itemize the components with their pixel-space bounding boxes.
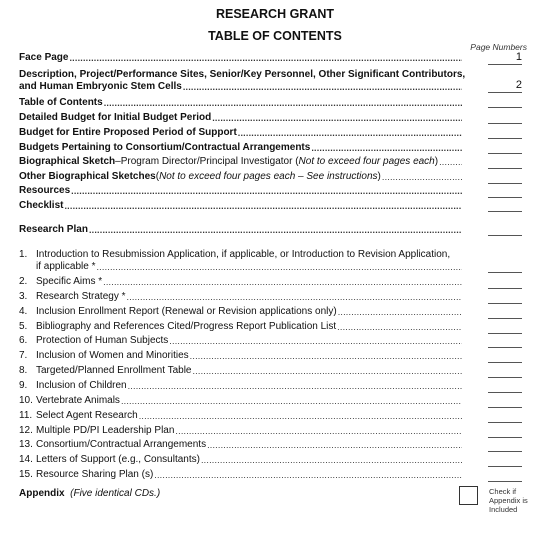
item-number: 13. bbox=[19, 439, 36, 451]
leader-dots bbox=[201, 454, 462, 466]
research-item: 8.Targeted/Planned Enrollment Table bbox=[19, 365, 462, 377]
item-label: Multiple PD/PI Leadership Plan bbox=[36, 425, 174, 437]
page-number-field[interactable] bbox=[488, 140, 522, 154]
page-number-field[interactable] bbox=[488, 320, 522, 334]
research-item: 11.Select Agent Research bbox=[19, 410, 462, 422]
item-label: Inclusion of Women and Minorities bbox=[36, 350, 189, 362]
leader-dots bbox=[104, 97, 462, 109]
leader-dots bbox=[103, 276, 462, 288]
leader-dots bbox=[338, 306, 462, 318]
appendix-row: Appendix (Five identical CDs.) bbox=[19, 488, 160, 499]
leader-dots bbox=[169, 335, 462, 347]
toc-label: Research Plan bbox=[19, 224, 88, 236]
toc-label: Face Page bbox=[19, 52, 68, 64]
page-number-field[interactable] bbox=[488, 170, 522, 184]
toc-label: Budget for Entire Proposed Period of Sup… bbox=[19, 127, 237, 139]
research-item: 5.Bibliography and References Cited/Prog… bbox=[19, 321, 462, 333]
item-number: 10. bbox=[19, 395, 36, 407]
item-number: 7. bbox=[19, 350, 36, 362]
leader-dots bbox=[382, 171, 462, 183]
paren: ) bbox=[378, 171, 381, 183]
page-number-field[interactable] bbox=[488, 453, 522, 467]
page-number-field[interactable] bbox=[488, 110, 522, 124]
leader-dots bbox=[311, 142, 462, 154]
leader-dots bbox=[121, 395, 462, 407]
research-item: 4.Inclusion Enrollment Report (Renewal o… bbox=[19, 306, 462, 318]
leader-dots bbox=[207, 439, 462, 451]
page-subtitle: TABLE OF CONTENTS bbox=[0, 29, 550, 43]
leader-dots bbox=[128, 380, 462, 392]
leader-dots bbox=[64, 200, 462, 212]
item-label: Inclusion Enrollment Report (Renewal or … bbox=[36, 306, 337, 318]
page-number-field[interactable] bbox=[488, 394, 522, 408]
toc-row-table-of-contents: Table of Contents bbox=[19, 97, 462, 109]
item-label: Specific Aims * bbox=[36, 276, 102, 288]
item-number: 1. bbox=[19, 249, 36, 261]
toc-label: Budgets Pertaining to Consortium/Contrac… bbox=[19, 142, 310, 154]
toc-note: Not to exceed four pages each bbox=[299, 156, 435, 168]
research-item: 14.Letters of Support (e.g., Consultants… bbox=[19, 454, 462, 466]
leader-dots bbox=[190, 350, 462, 362]
item-number: 2. bbox=[19, 276, 36, 288]
page-number-field[interactable] bbox=[488, 259, 522, 273]
research-item: 9.Inclusion of Children bbox=[19, 380, 462, 392]
page-number-field[interactable] bbox=[488, 438, 522, 452]
page-number-field[interactable]: 2 bbox=[488, 79, 522, 93]
page-number-field[interactable] bbox=[488, 94, 522, 108]
leader-dots bbox=[154, 469, 462, 481]
appendix-checkbox-label: Check if Appendix is Included bbox=[489, 487, 544, 514]
research-item: 7.Inclusion of Women and Minorities bbox=[19, 350, 462, 362]
research-item: 10.Vertebrate Animals bbox=[19, 395, 462, 407]
research-item: 3.Research Strategy * bbox=[19, 291, 462, 303]
page-number-field[interactable] bbox=[488, 222, 522, 236]
research-item: 2.Specific Aims * bbox=[19, 276, 462, 288]
item-number: 12. bbox=[19, 425, 36, 437]
leader-dots bbox=[212, 112, 462, 124]
leader-dots bbox=[183, 81, 462, 93]
leader-dots bbox=[127, 291, 463, 303]
leader-dots bbox=[89, 224, 462, 236]
research-item: 15.Resource Sharing Plan (s) bbox=[19, 469, 462, 481]
page-number-field[interactable] bbox=[488, 305, 522, 319]
toc-sublabel: Program Director/Principal Investigator … bbox=[121, 156, 299, 168]
page-number-field[interactable] bbox=[488, 379, 522, 393]
item-number: 8. bbox=[19, 365, 36, 377]
leader-dots bbox=[71, 185, 462, 197]
toc-label: Detailed Budget for Initial Budget Perio… bbox=[19, 112, 211, 124]
research-item: 13.Consortium/Contractual Arrangements bbox=[19, 439, 462, 451]
toc-row-other-biographical: Other Biographical Sketches (Not to exce… bbox=[19, 171, 462, 183]
item-label: Research Strategy * bbox=[36, 291, 126, 303]
research-item-1-line1: 1.Introduction to Resubmission Applicati… bbox=[19, 249, 450, 261]
item-number: 9. bbox=[19, 380, 36, 392]
leader-dots bbox=[139, 410, 462, 422]
leader-dots bbox=[69, 52, 462, 64]
leader-dots bbox=[96, 261, 462, 273]
toc-row-checklist: Checklist bbox=[19, 200, 462, 212]
page-number-field[interactable] bbox=[488, 125, 522, 139]
toc-label: Resources bbox=[19, 185, 70, 197]
page-number-field[interactable] bbox=[488, 290, 522, 304]
toc-row-research-plan: Research Plan bbox=[19, 224, 462, 236]
paren: ) bbox=[435, 156, 438, 168]
toc-label: and Human Embryonic Stem Cells bbox=[19, 81, 182, 93]
toc-row-biographical-sketch: Biographical Sketch – Program Director/P… bbox=[19, 156, 462, 168]
page-number-field[interactable] bbox=[488, 409, 522, 423]
page-number-field[interactable] bbox=[488, 198, 522, 212]
leader-dots bbox=[439, 156, 462, 168]
page-number-field[interactable] bbox=[488, 334, 522, 348]
leader-dots bbox=[238, 127, 462, 139]
appendix-checkbox[interactable] bbox=[459, 486, 478, 505]
toc-label: Other Biographical Sketches bbox=[19, 171, 156, 183]
research-item: 6.Protection of Human Subjects bbox=[19, 335, 462, 347]
page-number-field[interactable] bbox=[488, 275, 522, 289]
research-item: if applicable * bbox=[19, 261, 462, 273]
item-label: Bibliography and References Cited/Progre… bbox=[36, 321, 336, 333]
toc-label: Table of Contents bbox=[19, 97, 103, 109]
item-label: Targeted/Planned Enrollment Table bbox=[36, 365, 191, 377]
page-number-field[interactable]: 1 bbox=[488, 51, 522, 65]
research-item: 12.Multiple PD/PI Leadership Plan bbox=[19, 425, 462, 437]
item-number: 11. bbox=[19, 410, 36, 422]
toc-label: Checklist bbox=[19, 200, 63, 212]
item-label: Select Agent Research bbox=[36, 410, 138, 422]
item-number: 14. bbox=[19, 454, 36, 466]
appendix-note: (Five identical CDs.) bbox=[70, 488, 160, 499]
item-number: 15. bbox=[19, 469, 36, 481]
toc-note: Not to exceed four pages each – See inst… bbox=[159, 171, 377, 183]
appendix-label: Appendix bbox=[19, 488, 65, 499]
leader-dots bbox=[175, 425, 462, 437]
page-number-field[interactable] bbox=[488, 184, 522, 198]
item-label: Resource Sharing Plan (s) bbox=[36, 469, 153, 481]
item-number: 4. bbox=[19, 306, 36, 318]
page-number-field[interactable] bbox=[488, 424, 522, 438]
page-number-field[interactable] bbox=[488, 155, 522, 169]
page-number-field[interactable] bbox=[488, 349, 522, 363]
toc-row-detailed-budget: Detailed Budget for Initial Budget Perio… bbox=[19, 112, 462, 124]
toc-label-line1: Description, Project/Performance Sites, … bbox=[19, 69, 465, 81]
item-label: Inclusion of Children bbox=[36, 380, 127, 392]
item-label: Consortium/Contractual Arrangements bbox=[36, 439, 206, 451]
toc-row-budget-entire: Budget for Entire Proposed Period of Sup… bbox=[19, 127, 462, 139]
item-number: 6. bbox=[19, 335, 36, 347]
page-number-field[interactable] bbox=[488, 468, 522, 482]
item-label: if applicable * bbox=[36, 261, 95, 273]
toc-row-description: and Human Embryonic Stem Cells bbox=[19, 81, 462, 93]
item-label: Vertebrate Animals bbox=[36, 395, 120, 407]
toc-label: Biographical Sketch bbox=[19, 156, 115, 168]
toc-row-face-page: Face Page bbox=[19, 52, 462, 64]
leader-dots bbox=[192, 365, 462, 377]
item-label: Letters of Support (e.g., Consultants) bbox=[36, 454, 200, 466]
item-label: Protection of Human Subjects bbox=[36, 335, 168, 347]
item-label-line1: Introduction to Resubmission Application… bbox=[36, 249, 450, 260]
item-number: 5. bbox=[19, 321, 36, 333]
toc-row-budgets-consortium: Budgets Pertaining to Consortium/Contrac… bbox=[19, 142, 462, 154]
page-title: RESEARCH GRANT bbox=[0, 7, 550, 21]
toc-row-resources: Resources bbox=[19, 185, 462, 197]
leader-dots bbox=[337, 321, 462, 333]
page-number-field[interactable] bbox=[488, 364, 522, 378]
item-number: 3. bbox=[19, 291, 36, 303]
